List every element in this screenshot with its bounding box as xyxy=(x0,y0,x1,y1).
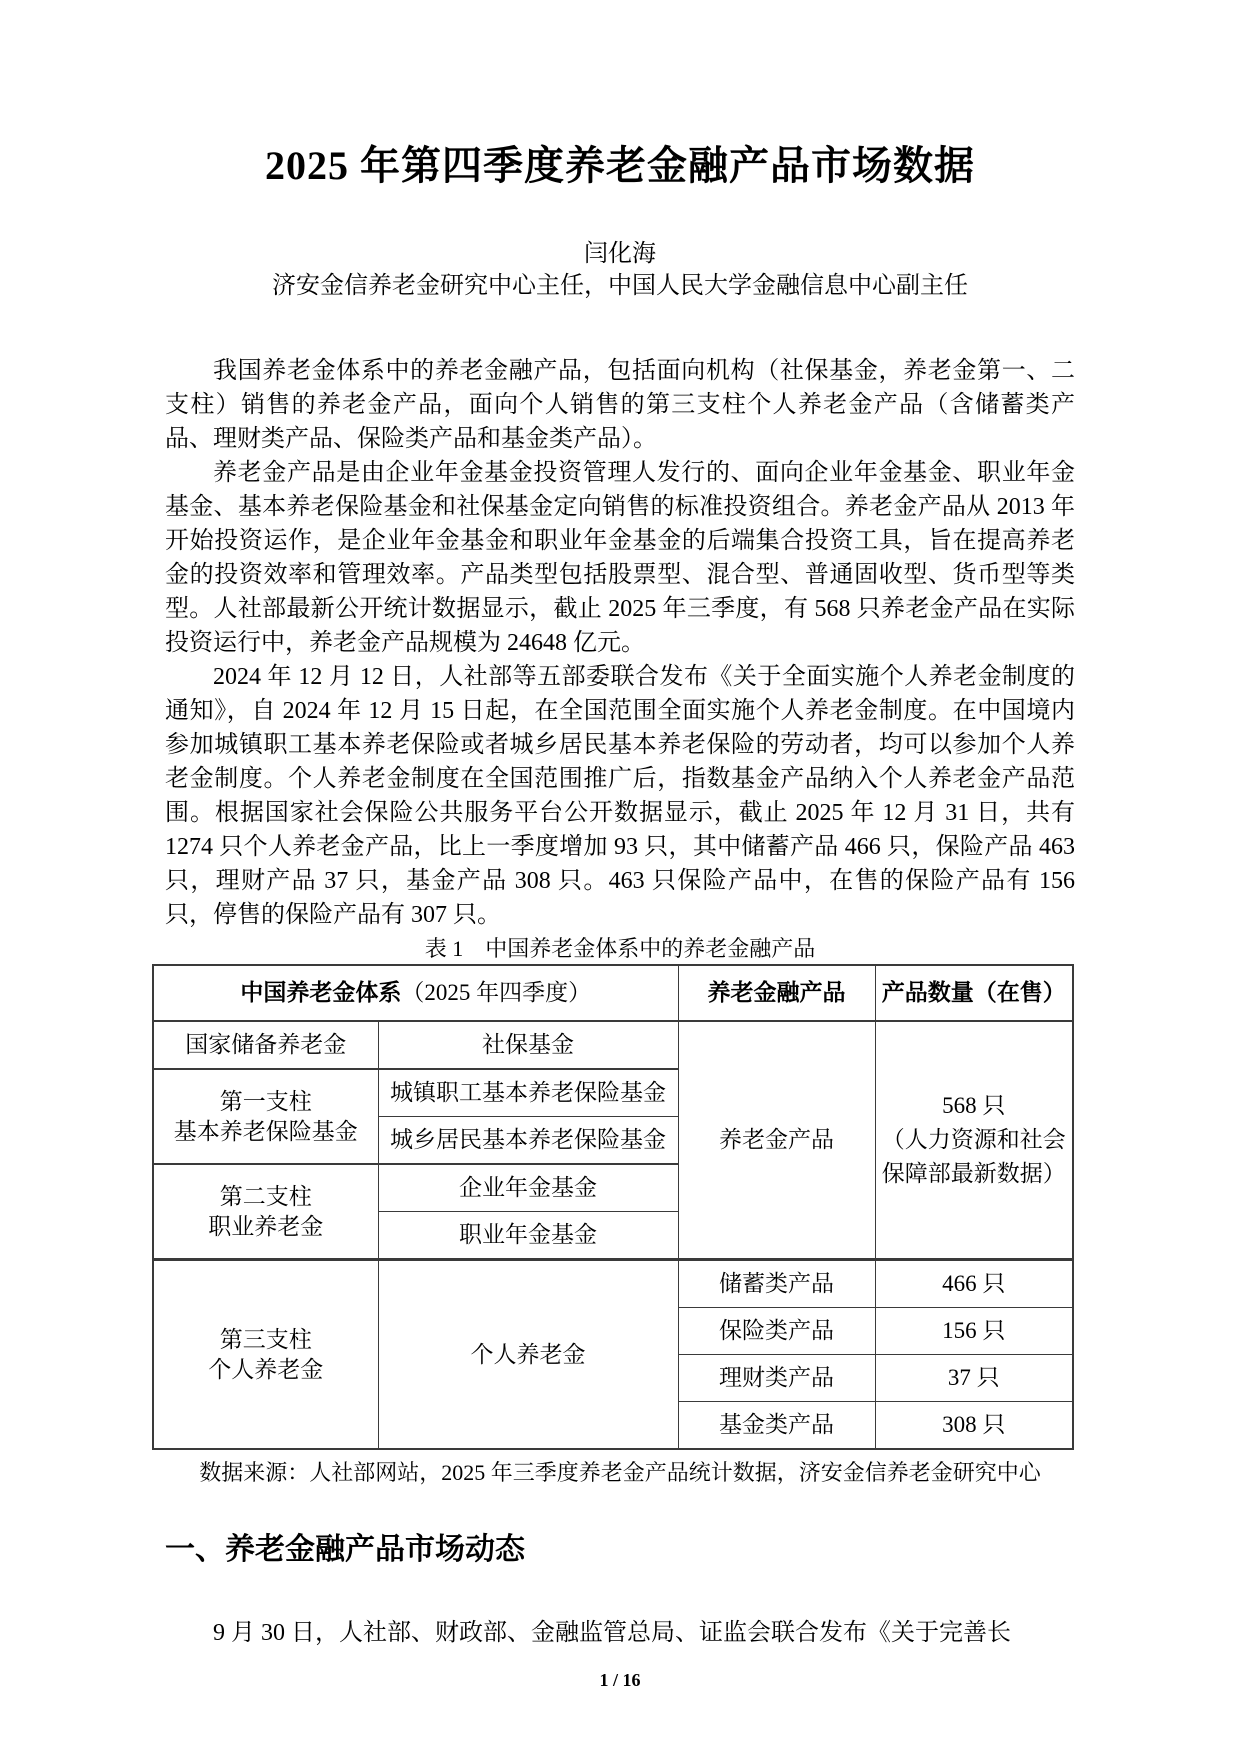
row-savings-products: 第三支柱 个人养老金 个人养老金 储蓄类产品 466 只 xyxy=(153,1260,1073,1308)
cell-social-security-fund: 社保基金 xyxy=(378,1021,678,1069)
cell-insurance-product: 保险类产品 xyxy=(678,1308,875,1355)
section-first-paragraph: 9 月 30 日，人社部、财政部、金融监管总局、证监会联合发布《关于完善长 xyxy=(165,1616,1075,1650)
table-source-note: 数据来源：人社部网站，2025 年三季度养老金产品统计数据，济安金信养老金研究中… xyxy=(165,1458,1075,1488)
document-title: 2025 年第四季度养老金融产品市场数据 xyxy=(165,142,1075,190)
author-affiliation: 济安金信养老金研究中心主任，中国人民大学金融信息中心副主任 xyxy=(165,270,1075,302)
row-national-reserve: 国家储备养老金 社保基金 养老金产品 568 只 （人力资源和社会 保障部最新数… xyxy=(153,1021,1073,1069)
cell-rural-resident-fund: 城乡居民基本养老保险基金 xyxy=(378,1117,678,1165)
body-text: 我国养老金体系中的养老金融产品，包括面向机构（社保基金，养老金第一、二支柱）销售… xyxy=(165,354,1075,932)
cell-personal-pension: 个人养老金 xyxy=(378,1260,678,1450)
cell-pillar2: 第二支柱 职业养老金 xyxy=(153,1164,378,1260)
table-header-row: 中国养老金体系（2025 年四季度） 养老金融产品 产品数量（在售） xyxy=(153,965,1073,1021)
cell-national-reserve: 国家储备养老金 xyxy=(153,1021,378,1069)
cell-pillar3: 第三支柱 个人养老金 xyxy=(153,1260,378,1450)
author-name: 闫化海 xyxy=(165,238,1075,270)
cell-pension-product: 养老金产品 xyxy=(678,1021,875,1260)
cell-wealth-product: 理财类产品 xyxy=(678,1355,875,1402)
paragraph-pension-products: 养老金产品是由企业年金基金投资管理人发行的、面向企业年金基金、职业年金基金、基本… xyxy=(165,456,1075,660)
header-cell-system: 中国养老金体系（2025 年四季度） xyxy=(153,965,678,1021)
document-page: 2025 年第四季度养老金融产品市场数据 闫化海 济安金信养老金研究中心主任，中… xyxy=(0,0,1241,1755)
page-content: 2025 年第四季度养老金融产品市场数据 闫化海 济安金信养老金研究中心主任，中… xyxy=(165,142,1075,1692)
cell-fund-product: 基金类产品 xyxy=(678,1402,875,1450)
cell-savings-product: 储蓄类产品 xyxy=(678,1260,875,1308)
pension-quantity-line3: 保障部最新数据） xyxy=(880,1157,1069,1191)
page-number: 1 / 16 xyxy=(165,1668,1075,1692)
section-heading-market-dynamics: 一、养老金融产品市场动态 xyxy=(165,1530,1075,1570)
cell-pension-quantity: 568 只 （人力资源和社会 保障部最新数据） xyxy=(875,1021,1073,1260)
header-system-note: （2025 年四季度） xyxy=(401,980,591,1005)
cell-savings-quantity: 466 只 xyxy=(875,1260,1073,1308)
pension-system-table: 中国养老金体系（2025 年四季度） 养老金融产品 产品数量（在售） 国家储备养… xyxy=(152,964,1074,1450)
pillar1-line2: 基本养老保险基金 xyxy=(158,1117,374,1147)
cell-pillar1: 第一支柱 基本养老保险基金 xyxy=(153,1069,378,1164)
cell-wealth-quantity: 37 只 xyxy=(875,1355,1073,1402)
header-cell-product: 养老金融产品 xyxy=(678,965,875,1021)
pillar2-line2: 职业养老金 xyxy=(158,1212,374,1242)
cell-enterprise-annuity-fund: 企业年金基金 xyxy=(378,1164,678,1212)
pillar3-line2: 个人养老金 xyxy=(158,1355,374,1385)
pillar1-line1: 第一支柱 xyxy=(158,1087,374,1117)
pillar2-line1: 第二支柱 xyxy=(158,1182,374,1212)
pension-quantity-line1: 568 只 xyxy=(880,1089,1069,1123)
paragraph-overview: 我国养老金体系中的养老金融产品，包括面向机构（社保基金，养老金第一、二支柱）销售… xyxy=(165,354,1075,456)
header-cell-quantity: 产品数量（在售） xyxy=(875,965,1073,1021)
cell-fund-quantity: 308 只 xyxy=(875,1402,1073,1450)
pillar3-line1: 第三支柱 xyxy=(158,1325,374,1355)
pension-quantity-line2: （人力资源和社会 xyxy=(880,1123,1069,1157)
table-caption: 表 1 中国养老金体系中的养老金融产品 xyxy=(165,934,1075,964)
cell-occupational-annuity-fund: 职业年金基金 xyxy=(378,1212,678,1260)
header-system-bold: 中国养老金体系 xyxy=(240,980,401,1005)
paragraph-personal-pension: 2024 年 12 月 12 日，人社部等五部委联合发布《关于全面实施个人养老金… xyxy=(165,660,1075,932)
cell-insurance-quantity: 156 只 xyxy=(875,1308,1073,1355)
cell-urban-employee-fund: 城镇职工基本养老保险基金 xyxy=(378,1069,678,1117)
